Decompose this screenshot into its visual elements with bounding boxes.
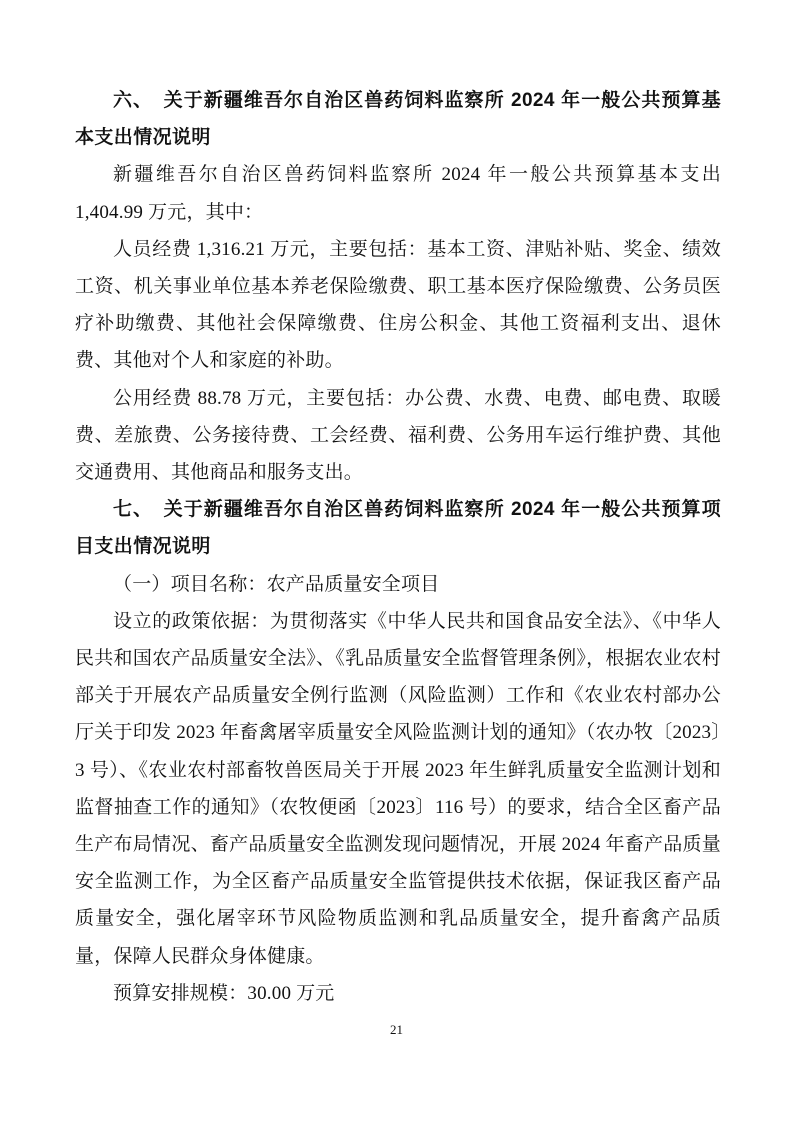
page-number: 21 (0, 1022, 793, 1038)
document-page: 六、 关于新疆维吾尔自治区兽药饲料监察所 2024 年一般公共预算基本支出情况说… (0, 0, 793, 1122)
paragraph-policy-basis: 设立的政策依据：为贯彻落实《中华人民共和国食品安全法》、《中华人民共和国农产品质… (75, 603, 721, 975)
paragraph-public-expenses: 公用经费 88.78 万元，主要包括：办公费、水费、电费、邮电费、取暖费、差旅费… (75, 380, 721, 492)
paragraph-budget-scale: 预算安排规模：30.00 万元 (75, 975, 721, 1012)
paragraph-personnel-expenses: 人员经费 1,316.21 万元，主要包括：基本工资、津贴补贴、奖金、绩效工资、… (75, 231, 721, 380)
section-heading-6-basic-expenditure: 六、 关于新疆维吾尔自治区兽药饲料监察所 2024 年一般公共预算基本支出情况说… (75, 82, 721, 156)
section-heading-7-project-expenditure: 七、 关于新疆维吾尔自治区兽药饲料监察所 2024 年一般公共预算项目支出情况说… (75, 491, 721, 565)
document-body: 六、 关于新疆维吾尔自治区兽药饲料监察所 2024 年一般公共预算基本支出情况说… (75, 82, 721, 1012)
paragraph-basic-expenditure-total: 新疆维吾尔自治区兽药饲料监察所 2024 年一般公共预算基本支出 1,404.9… (75, 156, 721, 230)
paragraph-project-name: （一）项目名称：农产品质量安全项目 (75, 566, 721, 603)
